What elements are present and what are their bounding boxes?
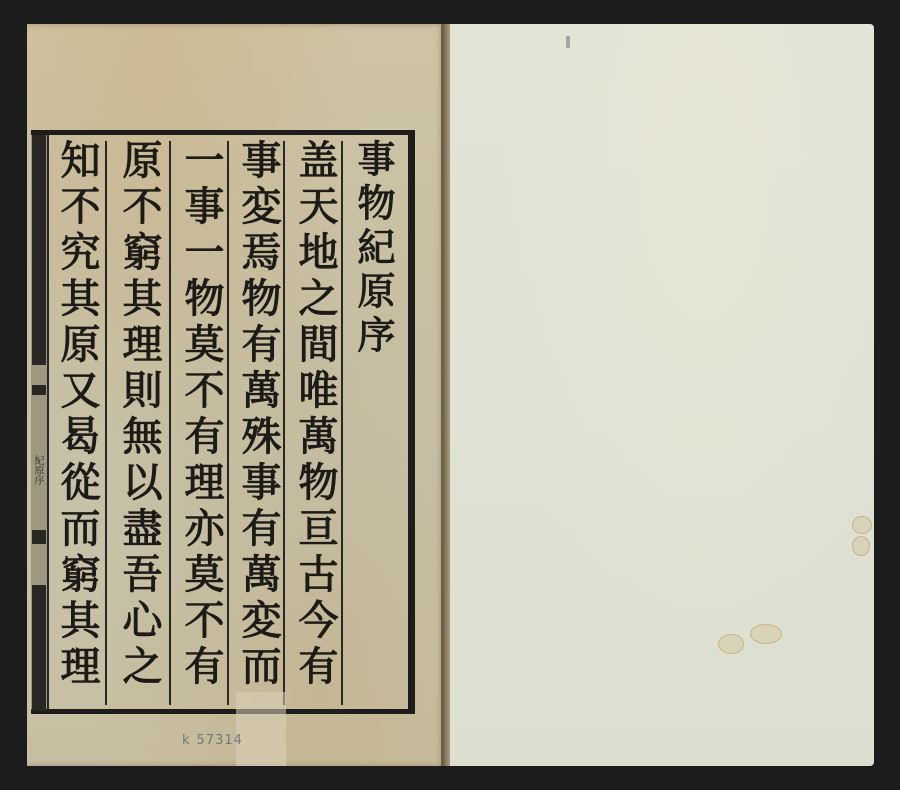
title-column: 事物紀原序 xyxy=(347,139,399,705)
stamp-number: 57314 xyxy=(197,733,243,748)
pin-mark xyxy=(566,36,570,48)
water-stain xyxy=(852,536,870,556)
text-column: 事変焉物有萬殊事有萬変而 xyxy=(232,139,284,705)
column-rule xyxy=(341,141,343,705)
text-column: 盖天地之間唯萬物亘古今有 xyxy=(289,139,341,705)
fold-block-top xyxy=(32,135,46,365)
column-rule xyxy=(105,141,107,705)
fold-block-bottom xyxy=(32,585,46,711)
fold-margin-label: 紀原序 xyxy=(33,455,45,485)
fold-margin: 紀原序 xyxy=(31,135,49,709)
water-stain xyxy=(852,516,872,534)
water-stain xyxy=(750,624,782,644)
fold-fishtail-upper xyxy=(32,385,46,395)
stamp-prefix: k xyxy=(182,733,191,748)
fold-fishtail-lower xyxy=(32,530,46,544)
text-column: 一事一物莫不有理亦莫不有 xyxy=(175,139,227,705)
text-column: 原不窮其理則無以盡吾心之 xyxy=(113,139,165,705)
paper-tear xyxy=(236,692,286,766)
right-page-blank xyxy=(450,24,874,766)
library-stamp: k57314 xyxy=(182,733,243,748)
text-frame: 紀原序 事物紀原序 盖天地之間唯萬物亘古今有 事変焉物有萬殊事有萬変而 一事一物… xyxy=(31,130,415,714)
column-rule xyxy=(169,141,171,705)
text-column: 知不究其原又曷從而窮其理 xyxy=(51,139,103,705)
left-page: 紀原序 事物紀原序 盖天地之間唯萬物亘古今有 事変焉物有萬殊事有萬変而 一事一物… xyxy=(27,24,447,766)
column-rule xyxy=(227,141,229,705)
water-stain xyxy=(718,634,744,654)
